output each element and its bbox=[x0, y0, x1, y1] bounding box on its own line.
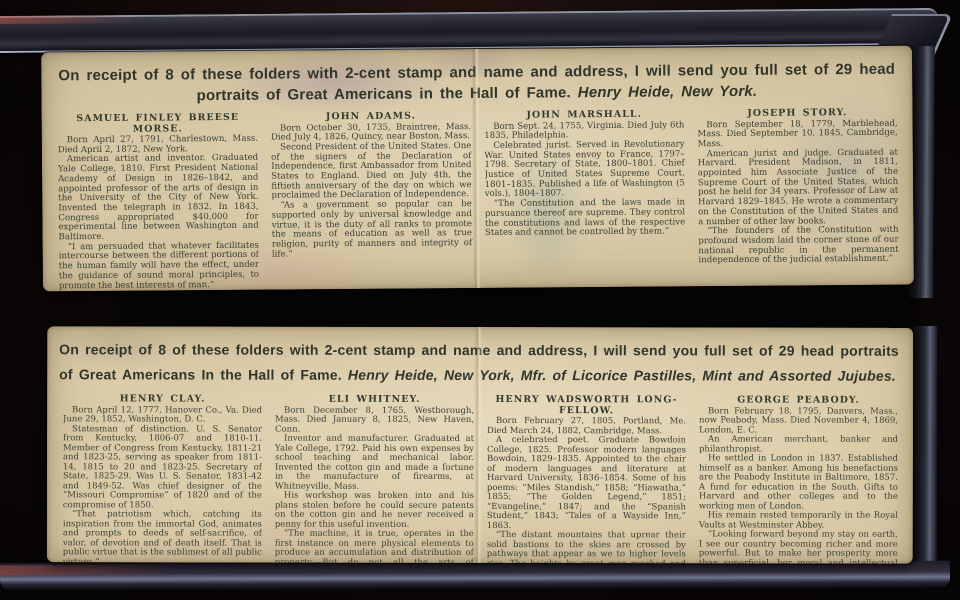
bio-paragraph: Celebrated jurist. Served in Revolutiona… bbox=[484, 140, 685, 200]
offer-line2: of Great Americans In the Hall of Fame. … bbox=[59, 362, 913, 388]
bio-paragraph: American artist and inventor. Graduated … bbox=[58, 154, 259, 243]
bio-paragraph: Born February 18, 1795, Danvers, Mass., … bbox=[699, 407, 898, 436]
bio-paragraph: Born February 27, 1805, Portland, Me. Di… bbox=[487, 417, 686, 436]
bio-paragraph: Born April 12, 1777, Hanover Co., Va. Di… bbox=[63, 406, 262, 425]
bio-paragraph: His remain rested temporarily in the Roy… bbox=[699, 511, 898, 530]
bio-paragraph: Born December 8, 1765, Westborough, Mass… bbox=[275, 406, 474, 435]
bio-column-whitney: ELI WHITNEY. Born December 8, 1765, West… bbox=[275, 395, 474, 564]
maker-signature: Henry Heide, New York, Mfr. of Licorice … bbox=[348, 367, 896, 384]
bio-column-clay: HENRY CLAY. Born April 12, 1777, Hanover… bbox=[63, 394, 262, 563]
bio-column-morse: SAMUEL FINLEY BREESE MORSE. Born April 2… bbox=[58, 113, 260, 292]
bio-column-marshall: JOHN MARSHALL. Born Sept. 24, 1755, Virg… bbox=[484, 109, 686, 288]
bio-paragraph: Born September 18, 1779, Marblehead, Mas… bbox=[697, 119, 897, 150]
bio-column-adams: JOHN ADAMS. Born October 30, 1735, Brain… bbox=[271, 111, 473, 290]
offer-line2-bold: of Great Americans In the Hall of Fame. bbox=[59, 366, 342, 382]
bio-paragraph: A celebrated poet. Graduate Bowdoin Coll… bbox=[487, 436, 686, 531]
bio-paragraph: American jurist and judge. Graduated at … bbox=[698, 148, 899, 227]
bio-title: SAMUEL FINLEY BREESE MORSE. bbox=[58, 113, 258, 136]
bio-paragraph: “Looking forward beyond my stay on earth… bbox=[699, 530, 898, 563]
bio-column-longfellow: HENRY WADSWORTH LONG-FELLOW. Born Februa… bbox=[487, 395, 686, 564]
bio-paragraph: “The machine, it is true, operates in th… bbox=[275, 530, 474, 564]
bio-paragraph: An American merchant, banker and philant… bbox=[699, 435, 898, 454]
fold-crease bbox=[474, 327, 482, 563]
bio-paragraph: “The distant mountains that uprear their… bbox=[487, 531, 686, 564]
bio-paragraph: He settled in London in 1837. Establishe… bbox=[699, 454, 898, 511]
bio-title: GEORGE PEABODY. bbox=[699, 395, 898, 406]
bio-paragraph: “That patriotism which, catching its ins… bbox=[63, 510, 262, 563]
bio-paragraph: Statesman of distinction. U. S. Senator … bbox=[63, 425, 262, 511]
gap-between-cards bbox=[118, 289, 918, 327]
trading-card-top: On receipt of 8 of these folders with 2-… bbox=[41, 46, 914, 292]
bio-column-story: JOSEPH STORY. Born September 18, 1779, M… bbox=[697, 108, 899, 287]
bio-paragraph: His workshop was broken into and his pla… bbox=[275, 492, 474, 530]
card-holder-right-edge-bottom bbox=[911, 326, 938, 578]
bio-title: HENRY CLAY. bbox=[63, 394, 262, 405]
bio-column-peabody: GEORGE PEABODY. Born February 18, 1795, … bbox=[699, 395, 898, 563]
bio-title: ELI WHITNEY. bbox=[275, 395, 474, 406]
photo-scene: On receipt of 8 of these folders with 2-… bbox=[0, 0, 960, 600]
bio-paragraph: “The Constitution and the laws made in p… bbox=[485, 198, 686, 238]
offer-line1: On receipt of 8 of these folders with 2-… bbox=[59, 337, 913, 363]
trading-card-bottom: On receipt of 8 of these folders with 2-… bbox=[47, 326, 913, 564]
bio-paragraph: “I am persuaded that whatever facilitate… bbox=[59, 241, 260, 291]
maker-signature: Henry Heide, New York. bbox=[578, 83, 758, 101]
bio-paragraph: “The founders of the Constitution with p… bbox=[698, 226, 899, 266]
offer-line2-bold: portraits of Great Americans in the Hall… bbox=[197, 84, 571, 104]
bio-title: HENRY WADSWORTH LONG-FELLOW. bbox=[487, 395, 686, 416]
card-holder-bottom-edge bbox=[0, 561, 950, 590]
bio-paragraph: Second President of the United States. O… bbox=[271, 142, 472, 202]
bio-paragraph: “As a government so popular can be suppo… bbox=[272, 200, 473, 260]
bio-paragraph: Inventor and manufacturer. Graduated at … bbox=[275, 435, 474, 492]
